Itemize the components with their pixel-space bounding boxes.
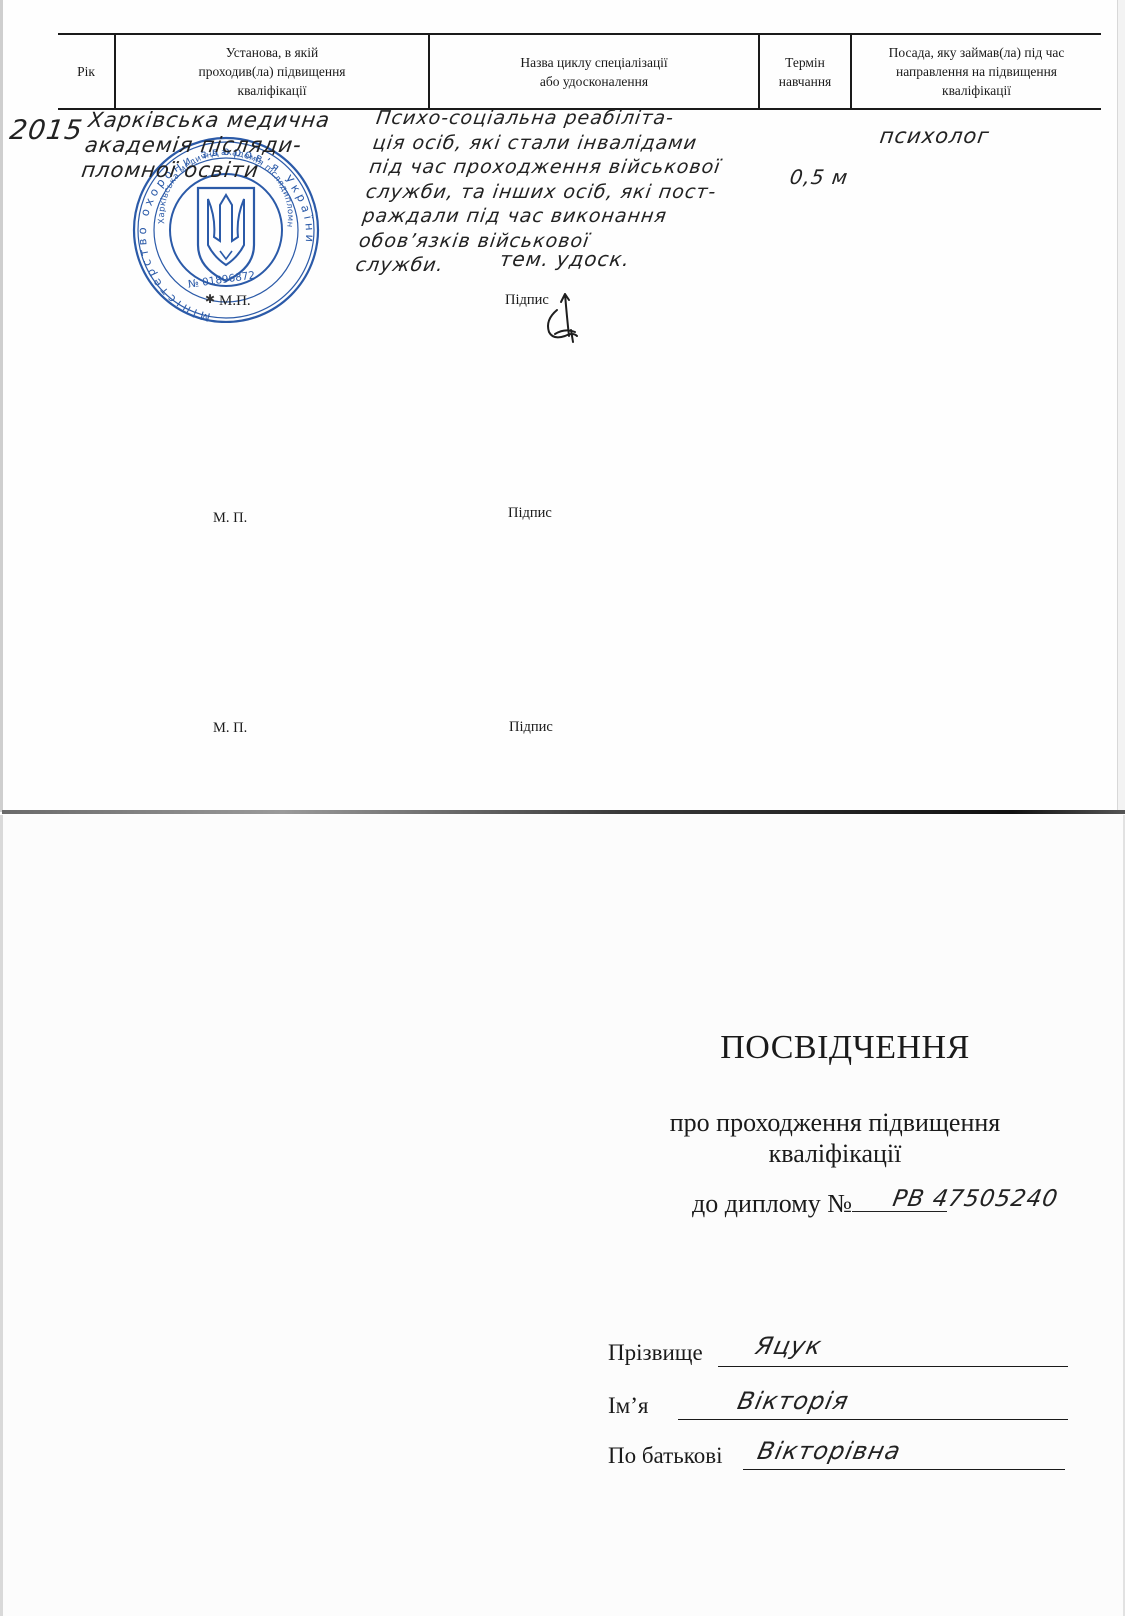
handwritten-signature-icon [543, 290, 593, 350]
seal-label-1: М.П. [219, 293, 251, 309]
header-course: Назва циклу спеціалізації або удосконале… [429, 34, 759, 109]
header-institution: Установа, в якій проходив(ла) підвищення… [115, 34, 429, 109]
first-name-field: Ім’я Вікторія [608, 1393, 648, 1419]
diploma-number-value: РВ 47505240 [891, 1186, 1061, 1212]
seal-label-3: М. П. [213, 720, 247, 737]
surname-underline [718, 1366, 1068, 1367]
certificate-title: ПОСВІДЧЕННЯ [660, 1029, 1030, 1067]
row-year: 2015 [8, 115, 85, 146]
header-course-label: Назва циклу спеціалізації або удосконале… [520, 55, 667, 89]
page-fold-divider [2, 810, 1125, 814]
header-term: Термін навчання [759, 34, 851, 109]
svg-text:✱: ✱ [205, 292, 215, 306]
trident-emblem-icon [198, 188, 254, 281]
diploma-label: до диплому № [692, 1189, 852, 1218]
surname-field: Прізвище Яцук [608, 1340, 703, 1366]
patronymic-underline [743, 1469, 1065, 1470]
patronymic-value: Вікторівна [755, 1437, 904, 1465]
patronymic-field: По батькові Вікторівна [608, 1443, 722, 1469]
seal-label-2: М. П. [213, 510, 247, 527]
first-name-label: Ім’я [608, 1393, 648, 1418]
row-note: тем. удоск. [498, 247, 631, 271]
page-edge [1117, 0, 1125, 812]
surname-value: Яцук [753, 1332, 825, 1360]
header-year: Рік [58, 34, 115, 109]
certificate-page [0, 815, 1125, 1616]
subtitle-line-1: про проходження підвищення [615, 1107, 1055, 1138]
header-term-label: Термін навчання [779, 55, 832, 89]
svg-text:№ 01896872: № 01896872 [187, 269, 256, 290]
header-position-label: Посада, яку займав(ла) під час направлен… [889, 45, 1065, 98]
signature-label-3: Підпис [509, 719, 553, 736]
header-institution-label: Установа, в якій проходив(ла) підвищення… [198, 45, 345, 98]
signature-label-2: Підпис [508, 505, 552, 522]
row-institution: Харківська медична академія післяди- пло… [80, 108, 332, 183]
certificate-subtitle: про проходження підвищення кваліфікації [615, 1107, 1055, 1169]
first-name-underline [678, 1419, 1068, 1420]
row-position: психолог [878, 124, 991, 148]
first-name-value: Вікторія [735, 1387, 852, 1415]
header-position: Посада, яку займав(ла) під час направлен… [851, 34, 1101, 109]
row-term: 0,5 м [788, 165, 850, 189]
header-year-label: Рік [77, 64, 95, 79]
qualification-table-header: Рік Установа, в якій проходив(ла) підвищ… [58, 33, 1101, 110]
subtitle-line-2: кваліфікації [615, 1138, 1055, 1169]
surname-label: Прізвище [608, 1340, 703, 1365]
patronymic-label: По батькові [608, 1443, 722, 1468]
